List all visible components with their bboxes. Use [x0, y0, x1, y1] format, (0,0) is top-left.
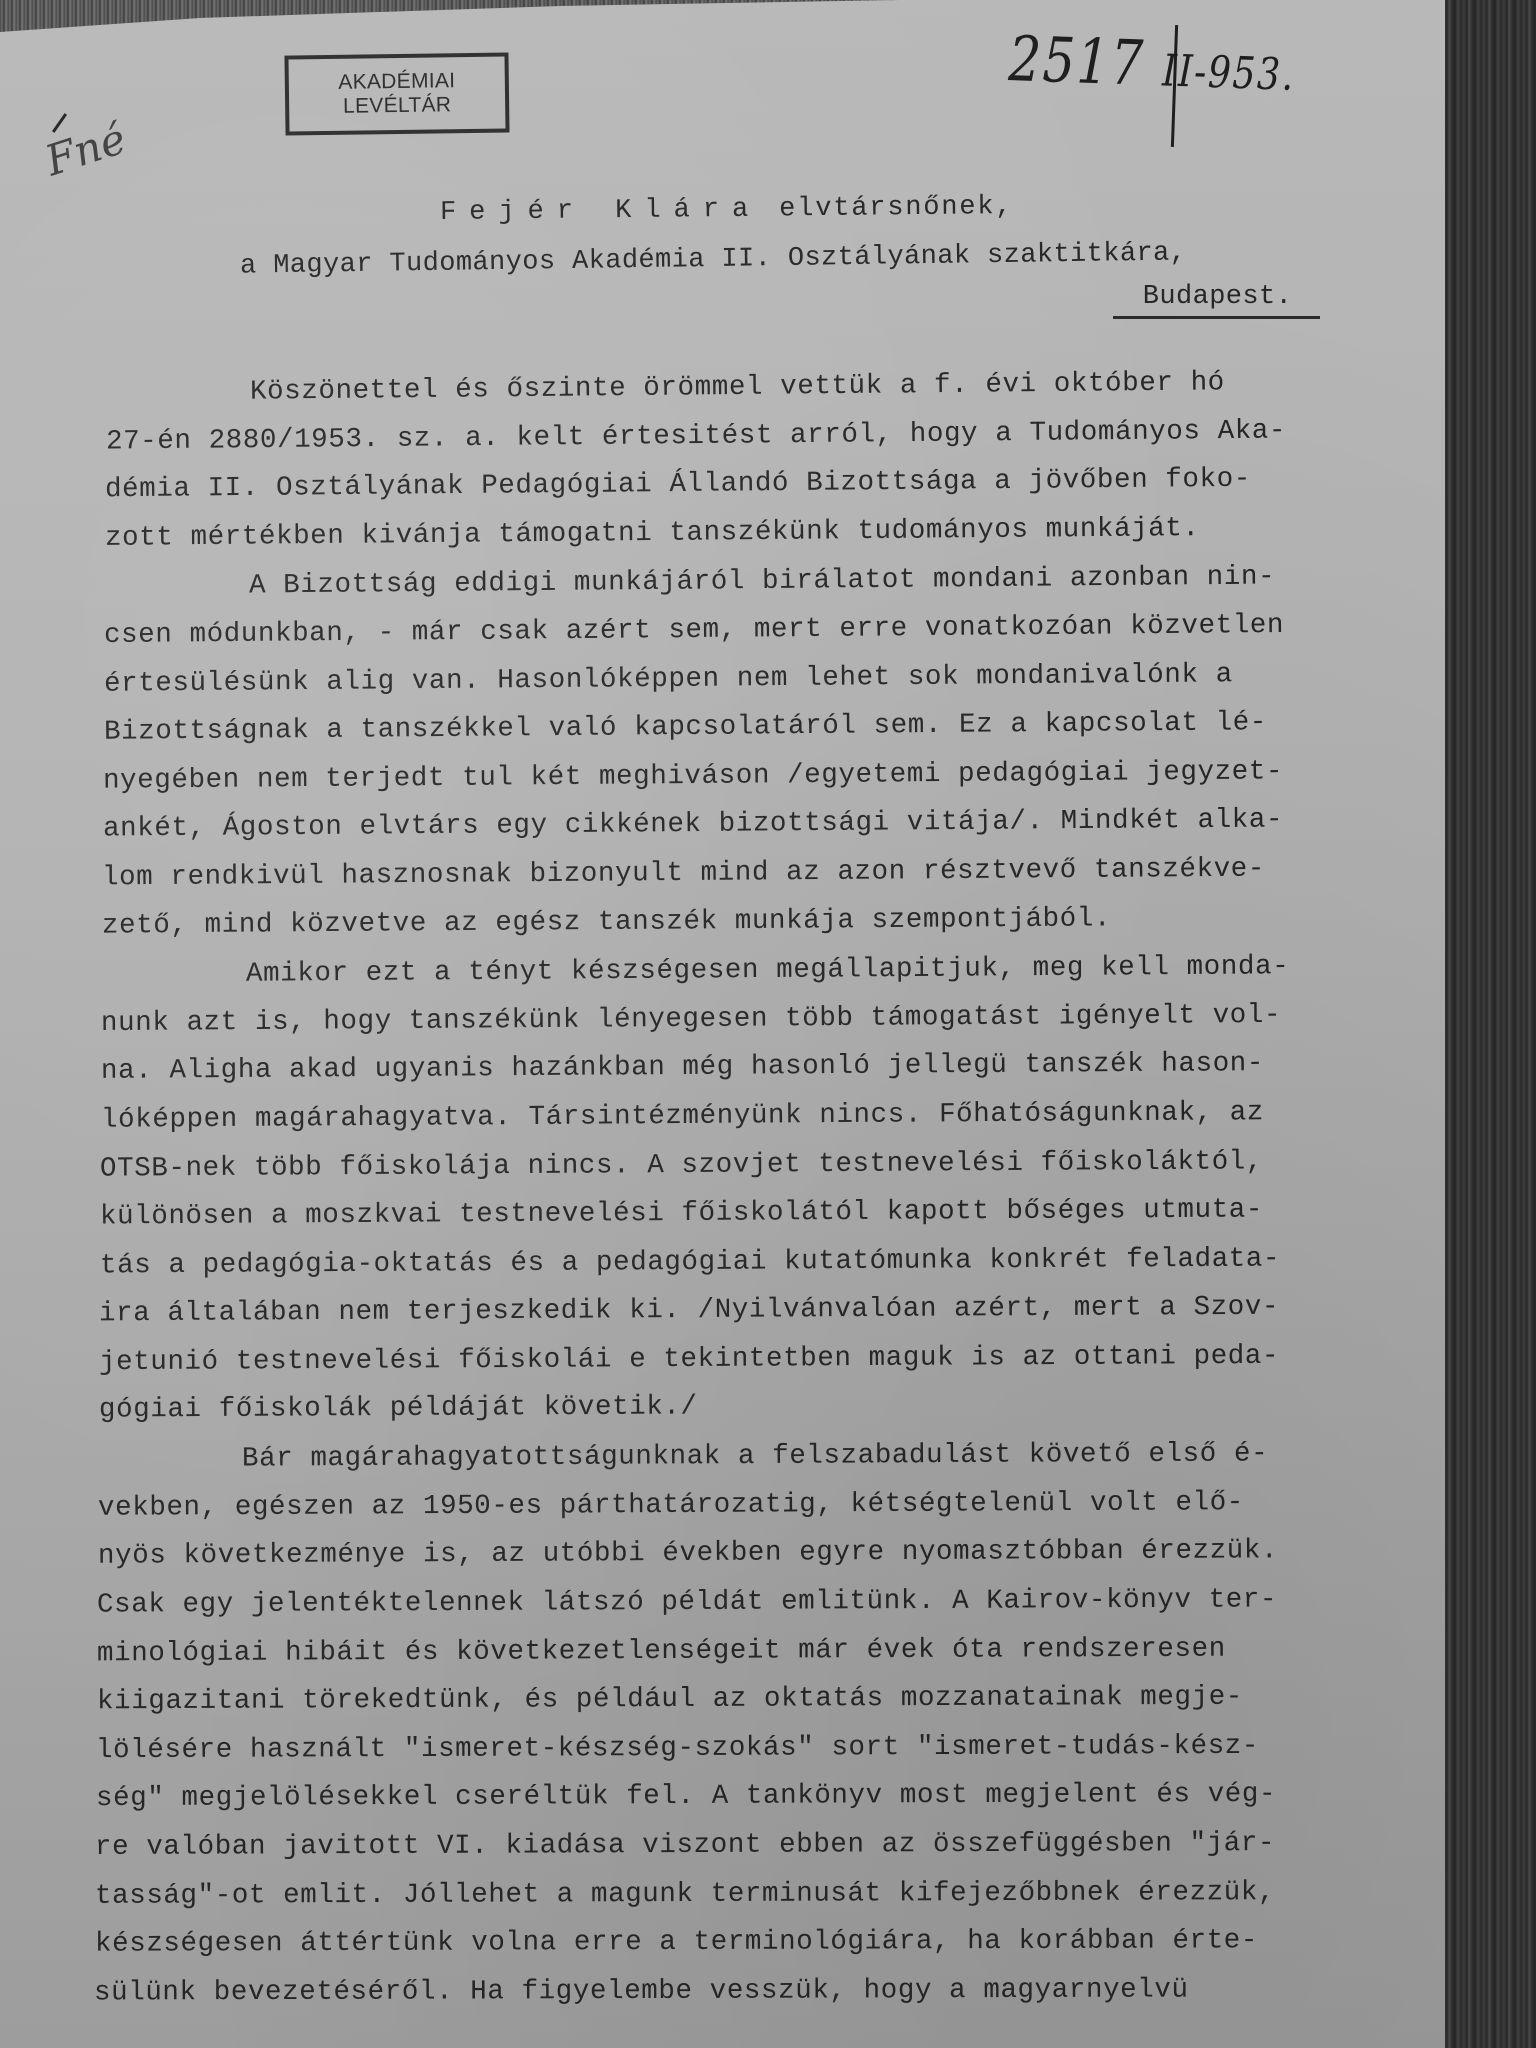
body-line: készségesen áttértünk volna erre a termi…	[95, 1926, 1258, 1960]
body-line: lölésére használt "ismeret-készség-szoká…	[96, 1731, 1259, 1766]
body-line: nyös következménye is, az utóbbi években…	[98, 1536, 1278, 1572]
body-line: tasság"-ot emlit. Jóllehet a magunk term…	[95, 1877, 1275, 1912]
body-line: Köszönettel és őszinte örömmel vettük a …	[250, 367, 1225, 407]
body-line: ankét, Ágoston elvtárs egy cikkének bizo…	[103, 805, 1283, 845]
body-line: gógiai főiskolák példáját követik./	[99, 1391, 698, 1425]
body-line: tás a pedagógia-oktatás és a pedagógiai …	[100, 1243, 1280, 1281]
body-line: re valóban javitott VI. kiadása viszont …	[95, 1828, 1275, 1863]
body-line: csen módunkban, - már csak azért sem, me…	[104, 610, 1284, 651]
body-line: lóképpen magárahagyatva. Társintézményün…	[101, 1097, 1264, 1136]
body-line: 27-én 2880/1953. sz. a. kelt értesitést …	[106, 415, 1286, 457]
body-line: ira általában nem terjeszkedik ki. /Nyil…	[99, 1292, 1279, 1330]
scanned-document-photo: AKADÉMIAI LEVÉLTÁR 2517II-953. Fné Fejér…	[0, 0, 1536, 2048]
body-line: nyegében nem terjedt tul két meghiváson …	[103, 756, 1283, 796]
body-line: értesülésünk alig van. Hasonlóképpen nem…	[104, 659, 1233, 699]
body-line: zott mértékben kivánja támogatni tanszék…	[105, 513, 1200, 554]
body-line: lom rendkivül hasznosnak bizonyult mind …	[102, 854, 1265, 894]
body-line: zető, mind közvetve az egész tanszék mun…	[102, 903, 1111, 941]
body-line: minológiai hibáit és következetlenségeit…	[97, 1633, 1226, 1669]
body-line: Csak egy jelentéktelennek látszó példát …	[97, 1584, 1277, 1620]
body-line: kiigazitani törekedtünk, és például az o…	[97, 1682, 1243, 1718]
body-line: különösen a moszkvai testnevelési főisko…	[100, 1195, 1263, 1233]
body-line: démia II. Osztályának Pedagógiai Állandó…	[105, 464, 1251, 506]
body-line: sülünk bevezetéséről. Ha figyelembe vess…	[94, 1974, 1189, 2008]
body-line: nunk azt is, hogy tanszékünk lényegesen …	[101, 1000, 1281, 1039]
body-line: Amikor ezt a tényt készségesen megállapi…	[246, 951, 1289, 989]
body-line: OTSB-nek több főiskolája nincs. A szovje…	[100, 1146, 1263, 1184]
letter-body: Köszönettel és őszinte örömmel vettük a …	[0, 0, 1445, 2048]
body-line: jetunió testnevelési főiskolái e tekinte…	[99, 1341, 1279, 1378]
letter-page: AKADÉMIAI LEVÉLTÁR 2517II-953. Fné Fejér…	[0, 0, 1445, 2048]
body-line: Bár magárahagyatottságunknak a felszabad…	[242, 1439, 1268, 1475]
body-line: na. Aligha akad ugyanis hazánkban még ha…	[101, 1049, 1264, 1088]
wood-background-right	[1441, 0, 1536, 2048]
body-line: ség" megjelölésekkel cseréltük fel. A ta…	[96, 1779, 1276, 1814]
body-line: A Bizottság eddigi munkájáról birálatot …	[249, 562, 1275, 602]
body-line: Bizottságnak a tanszékkel való kapcsolat…	[104, 707, 1267, 747]
body-line: vekben, egészen az 1950-es párthatározat…	[98, 1487, 1244, 1523]
